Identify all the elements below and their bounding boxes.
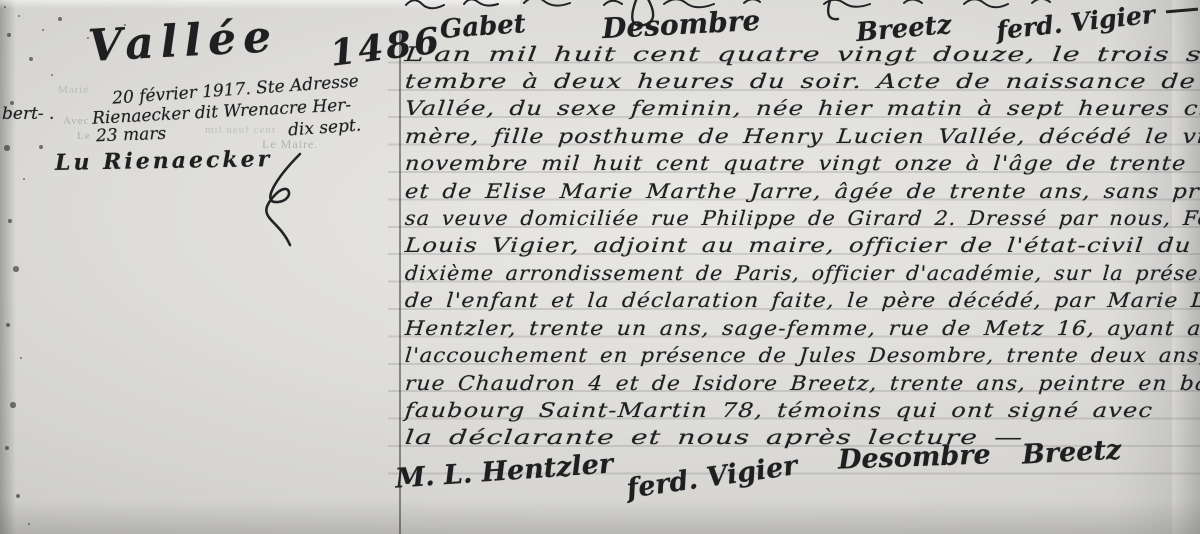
act-line: novembre mil huit cent quatre vingt onze… [404,151,1200,175]
act-line: mère, fille posthume de Henry Lucien Val… [404,124,1200,148]
scanned-register-page: Vallée 1486 Marié Avec Le mil neuf cent … [0,0,1200,534]
mayor-paraph-signature [244,150,344,250]
signature-desombre-bottom: Desombre [838,439,992,475]
act-line: tembre à deux heures du soir. Acte de na… [404,69,1200,93]
surname-heading: Vallée [87,11,279,72]
mention-spouse-name-continued: bert- . [2,104,54,124]
stamp-le: Le [77,130,91,142]
act-line: rue Chaudron 4 et de Isidore Breetz, tre… [404,371,1200,395]
margin-rule-line [399,30,401,534]
act-line: de l'enfant et la déclaration faite, le … [404,288,1200,312]
act-line: Louis Vigier, adjoint au maire, officier… [404,233,1200,257]
act-line: l'accouchement en présence de Jules Deso… [404,343,1200,367]
scan-edge-shadow-bottom [0,500,1200,534]
mention-year-end: dix sept. [287,115,361,140]
act-line: sa veuve domiciliée rue Philippe de Gira… [404,206,1200,230]
act-line: Hentzler, trente un ans, sage-femme, rue… [404,316,1200,340]
stamp-marie: Marié [58,84,89,96]
signature-breetz-bottom: Breetz [1021,434,1122,470]
act-body-text: L'an mil huit cent quatre vingt douze, l… [405,40,1200,460]
scan-edge-shadow-left [0,0,16,534]
mention-day: 23 mars [96,124,167,146]
act-line: dixième arrondissement de Paris, officie… [404,261,1200,285]
stamp-mil-neuf-cent: mil neuf cent [205,124,276,136]
top-right-dash-fragment [1166,8,1198,14]
act-line: L'an mil huit cent quatre vingt douze, l… [404,42,1200,66]
stamp-avec: Avec [63,115,89,127]
signature-desombre-top: Desombre [601,4,761,45]
mention-lu-rienaecker: Lu Rienaecker [55,146,273,176]
act-line: faubourg Saint-Martin 78, témoins qui on… [404,398,1154,422]
act-line: Vallée, du sexe feminin, née hier matin … [404,96,1200,120]
scan-noise-speckles [4,6,6,8]
act-line: et de Elise Marie Marthe Jarre, âgée de … [404,179,1200,203]
